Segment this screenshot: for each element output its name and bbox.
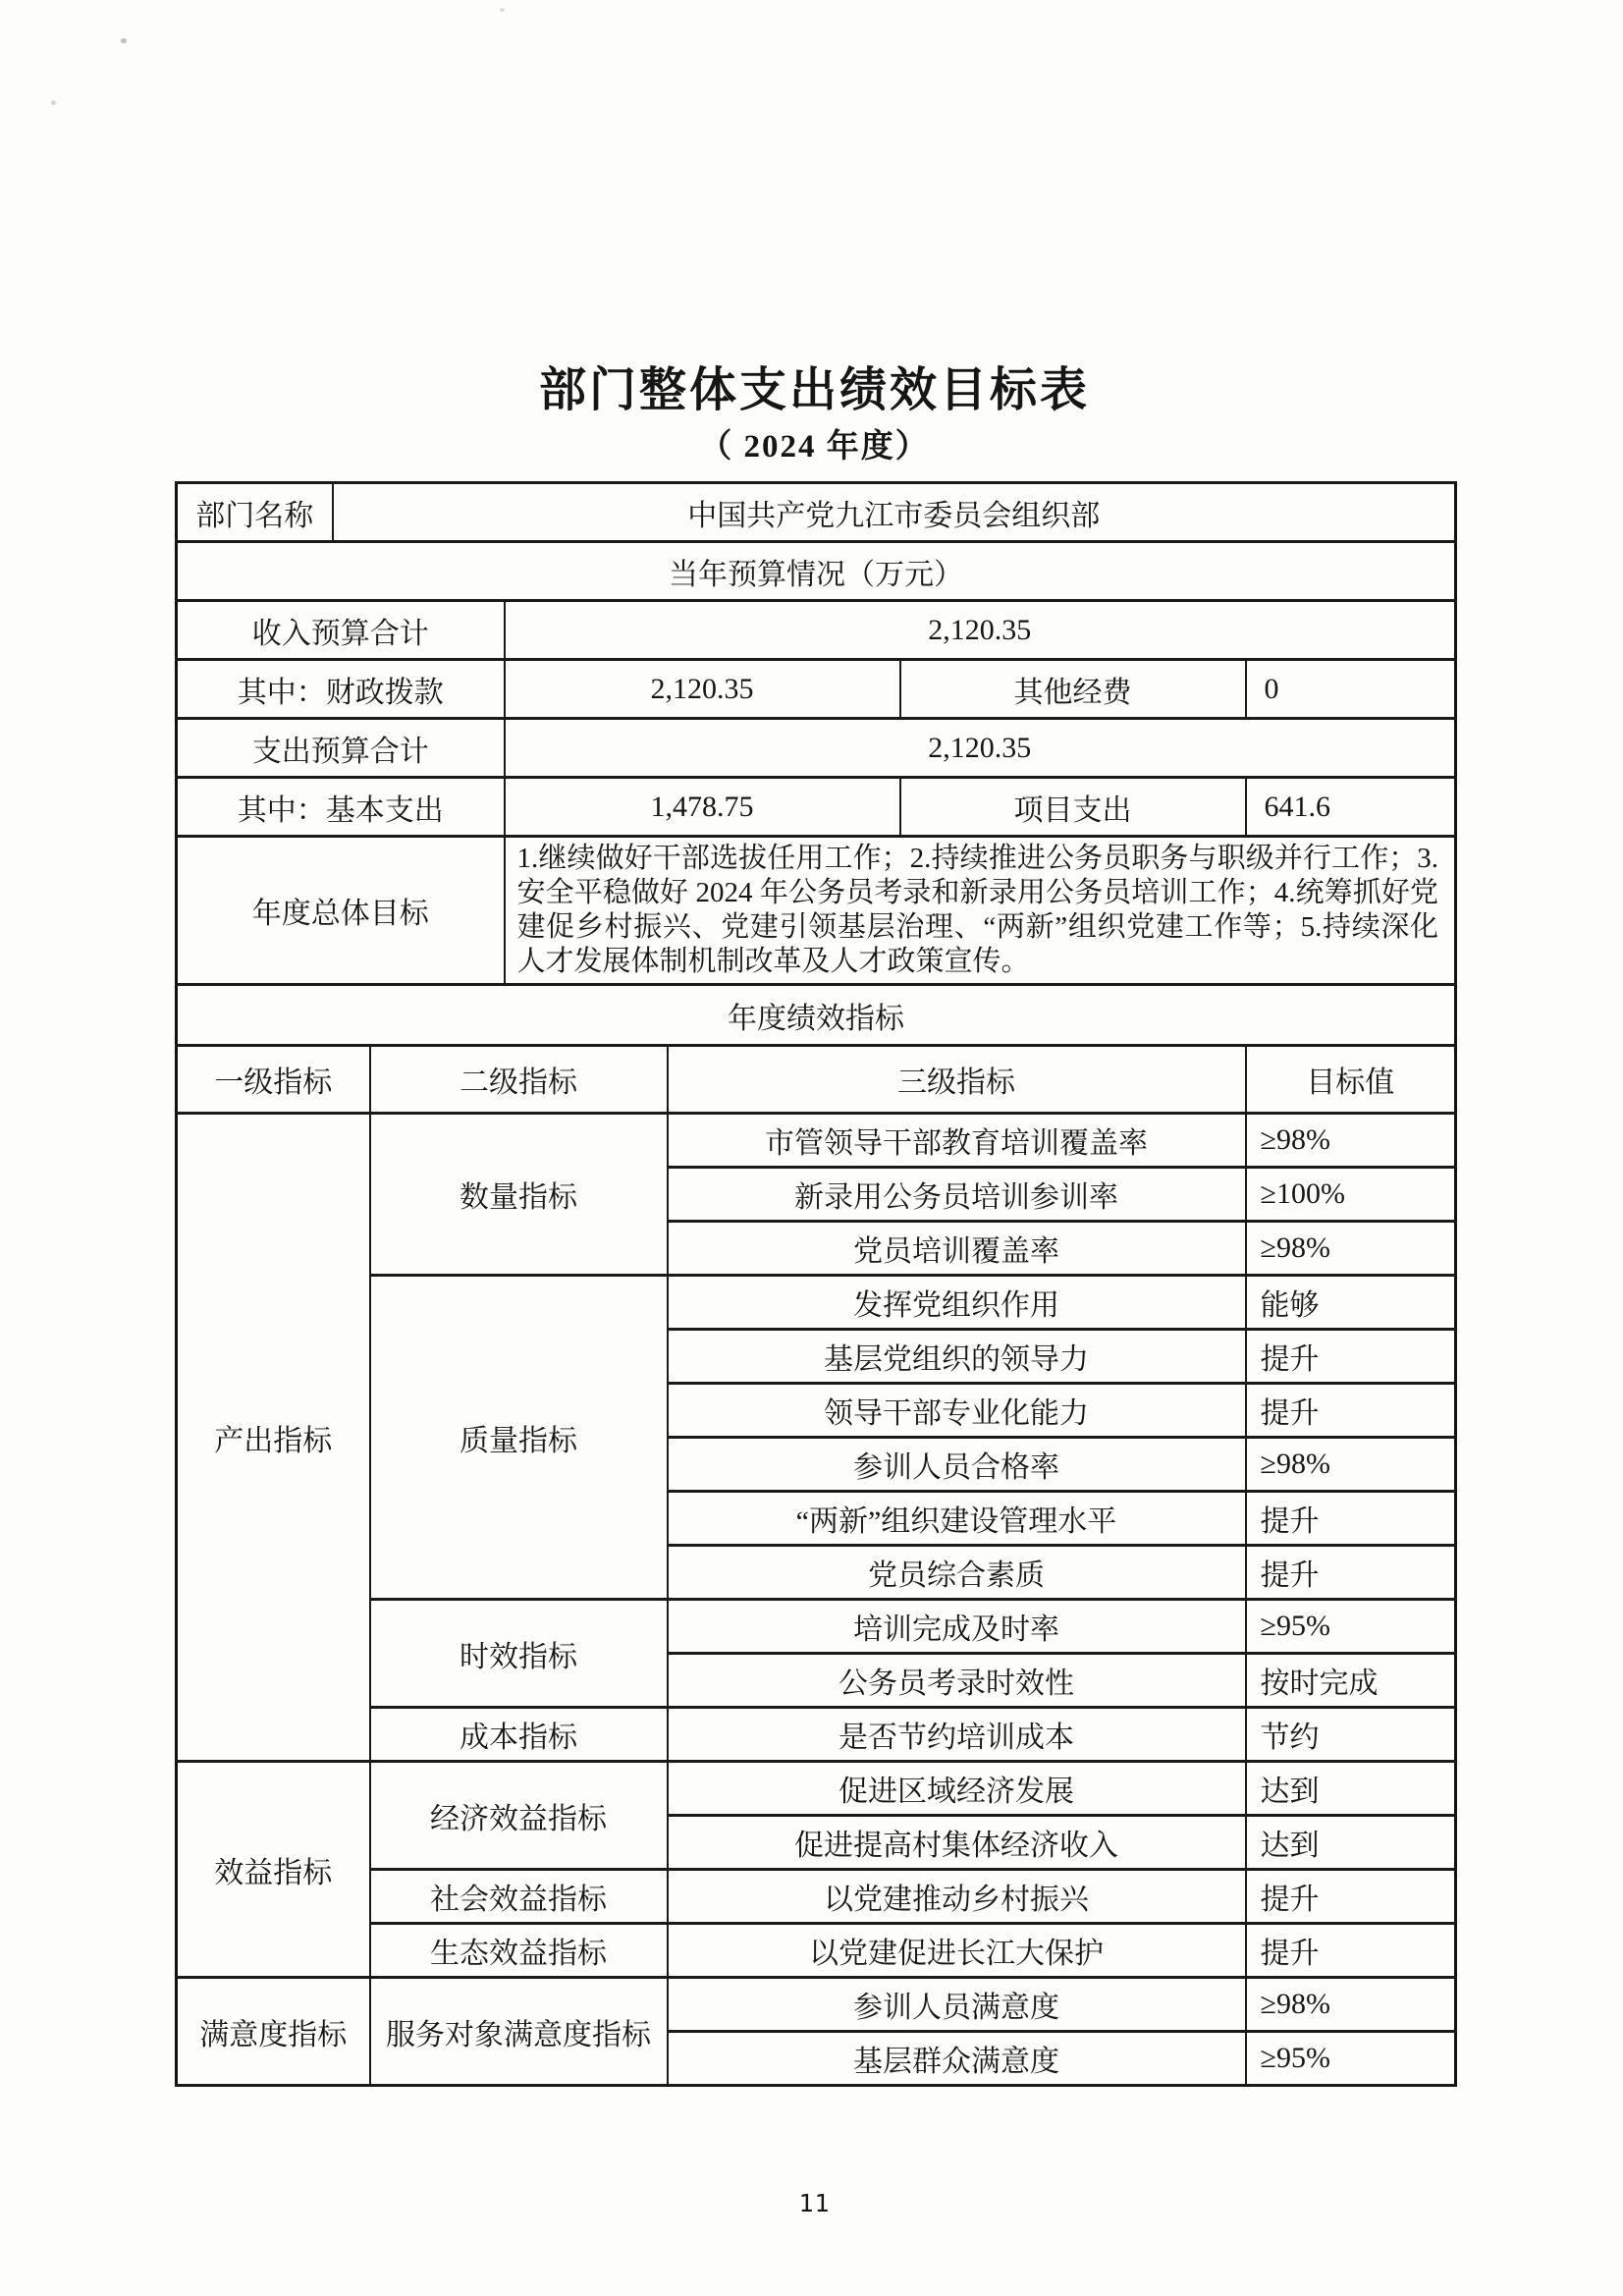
budget-section-header-cell: 当年预算情况（万元）	[177, 542, 1456, 601]
scan-speck	[500, 8, 505, 12]
level2-cell: 成本指标	[370, 1708, 668, 1762]
indicator-cell: 参训人员满意度	[668, 1978, 1246, 2032]
level2-cell: 数量指标	[370, 1114, 668, 1276]
level1-cell: 效益指标	[177, 1762, 370, 1978]
target-cell: 按时完成	[1246, 1654, 1456, 1708]
col-header-level3: 三级指标	[668, 1046, 1246, 1114]
basic-expense-value-cell: 1,478.75	[505, 778, 900, 837]
table-row: 收入预算合计 2,120.35	[177, 601, 1456, 660]
expense-total-value-cell: 2,120.35	[505, 719, 1456, 778]
table-row: 部门名称 中国共产党九江市委员会组织部	[177, 483, 1456, 542]
target-cell: 提升	[1246, 1384, 1456, 1438]
indicator-cell: 培训完成及时率	[668, 1600, 1246, 1654]
dept-name-label-cell: 部门名称	[177, 483, 333, 542]
indicator-cell: 促进区域经济发展	[668, 1762, 1246, 1816]
indicator-cell: 基层党组织的领导力	[668, 1330, 1246, 1384]
indicator-cell: 公务员考录时效性	[668, 1654, 1246, 1708]
indicator-cell: 基层群众满意度	[668, 2032, 1246, 2086]
table-row: 年度总体目标 1.继续做好干部选拔任用工作；2.持续推进公务员职务与职级并行工作…	[177, 837, 1456, 985]
document-title: 部门整体支出绩效目标表	[175, 365, 1454, 417]
indicator-cell: 以党建推动乡村振兴	[668, 1870, 1246, 1924]
col-header-level1: 一级指标	[177, 1046, 370, 1114]
fiscal-alloc-value-cell: 2,120.35	[505, 660, 900, 719]
document-subtitle: （ 2024 年度）	[175, 429, 1454, 465]
target-cell: ≥98%	[1246, 1222, 1456, 1276]
level2-cell: 经济效益指标	[370, 1762, 668, 1870]
level2-cell: 生态效益指标	[370, 1924, 668, 1978]
dept-name-value-cell: 中国共产党九江市委员会组织部	[333, 483, 1456, 542]
indicator-cell: 促进提高村集体经济收入	[668, 1816, 1246, 1870]
level1-cell: 满意度指标	[177, 1978, 370, 2086]
target-cell: 提升	[1246, 1330, 1456, 1384]
indicator-cell: 参训人员合格率	[668, 1438, 1246, 1492]
table-row: 年度绩效指标	[177, 985, 1456, 1046]
target-cell: ≥98%	[1246, 1114, 1456, 1168]
target-cell: 达到	[1246, 1816, 1456, 1870]
target-cell: ≥100%	[1246, 1168, 1456, 1222]
indicator-cell: 市管领导干部教育培训覆盖率	[668, 1114, 1246, 1168]
target-cell: 提升	[1246, 1870, 1456, 1924]
col-header-target: 目标值	[1246, 1046, 1456, 1114]
target-cell: ≥98%	[1246, 1978, 1456, 2032]
col-header-level2: 二级指标	[370, 1046, 668, 1114]
table-row: 产出指标 数量指标 市管领导干部教育培训覆盖率 ≥98%	[177, 1114, 1456, 1168]
other-funds-label-cell: 其他经费	[900, 660, 1246, 719]
annual-goal-text-cell: 1.继续做好干部选拔任用工作；2.持续推进公务员职务与职级并行工作；3.安全平稳…	[505, 837, 1456, 985]
target-cell: 提升	[1246, 1492, 1456, 1546]
target-cell: ≥95%	[1246, 1600, 1456, 1654]
fiscal-alloc-label-cell: 其中：财政拨款	[177, 660, 505, 719]
table-row: 满意度指标 服务对象满意度指标 参训人员满意度 ≥98%	[177, 1978, 1456, 2032]
target-cell: ≥95%	[1246, 2032, 1456, 2086]
target-cell: 节约	[1246, 1708, 1456, 1762]
indicator-cell: 发挥党组织作用	[668, 1276, 1246, 1330]
indicator-cell: “两新”组织建设管理水平	[668, 1492, 1246, 1546]
target-cell: 提升	[1246, 1546, 1456, 1600]
income-total-label-cell: 收入预算合计	[177, 601, 505, 660]
document-page: 部门整体支出绩效目标表 （ 2024 年度） 部门名称 中国共产党九江市委员会组…	[175, 0, 1454, 2217]
target-cell: 达到	[1246, 1762, 1456, 1816]
other-funds-value-cell: 0	[1246, 660, 1456, 719]
table-row: 支出预算合计 2,120.35	[177, 719, 1456, 778]
target-cell: ≥98%	[1246, 1438, 1456, 1492]
performance-target-table: 部门名称 中国共产党九江市委员会组织部 当年预算情况（万元） 收入预算合计 2,…	[175, 481, 1457, 2087]
income-total-value-cell: 2,120.35	[505, 601, 1456, 660]
project-expense-label-cell: 项目支出	[900, 778, 1246, 837]
level2-cell: 服务对象满意度指标	[370, 1978, 668, 2086]
level2-cell: 社会效益指标	[370, 1870, 668, 1924]
table-row: 效益指标 经济效益指标 促进区域经济发展 达到	[177, 1762, 1456, 1816]
indicator-cell: 新录用公务员培训参训率	[668, 1168, 1246, 1222]
indicator-cell: 党员综合素质	[668, 1546, 1246, 1600]
target-cell: 提升	[1246, 1924, 1456, 1978]
project-expense-value-cell: 641.6	[1246, 778, 1456, 837]
indicator-section-header-cell: 年度绩效指标	[177, 985, 1456, 1046]
table-row: 其中：基本支出 1,478.75 项目支出 641.6	[177, 778, 1456, 837]
expense-total-label-cell: 支出预算合计	[177, 719, 505, 778]
indicator-cell: 党员培训覆盖率	[668, 1222, 1246, 1276]
scan-speck	[50, 99, 57, 106]
page-number: 11	[175, 2189, 1454, 2217]
indicator-cell: 以党建促进长江大保护	[668, 1924, 1246, 1978]
level2-cell: 质量指标	[370, 1276, 668, 1600]
level1-cell: 产出指标	[177, 1114, 370, 1762]
table-row: 其中：财政拨款 2,120.35 其他经费 0	[177, 660, 1456, 719]
indicator-cell: 是否节约培训成本	[668, 1708, 1246, 1762]
scan-speck	[121, 38, 127, 43]
level2-cell: 时效指标	[370, 1600, 668, 1708]
table-row: 一级指标 二级指标 三级指标 目标值	[177, 1046, 1456, 1114]
annual-goal-label-cell: 年度总体目标	[177, 837, 505, 985]
table-row: 当年预算情况（万元）	[177, 542, 1456, 601]
target-cell: 能够	[1246, 1276, 1456, 1330]
indicator-cell: 领导干部专业化能力	[668, 1384, 1246, 1438]
basic-expense-label-cell: 其中：基本支出	[177, 778, 505, 837]
